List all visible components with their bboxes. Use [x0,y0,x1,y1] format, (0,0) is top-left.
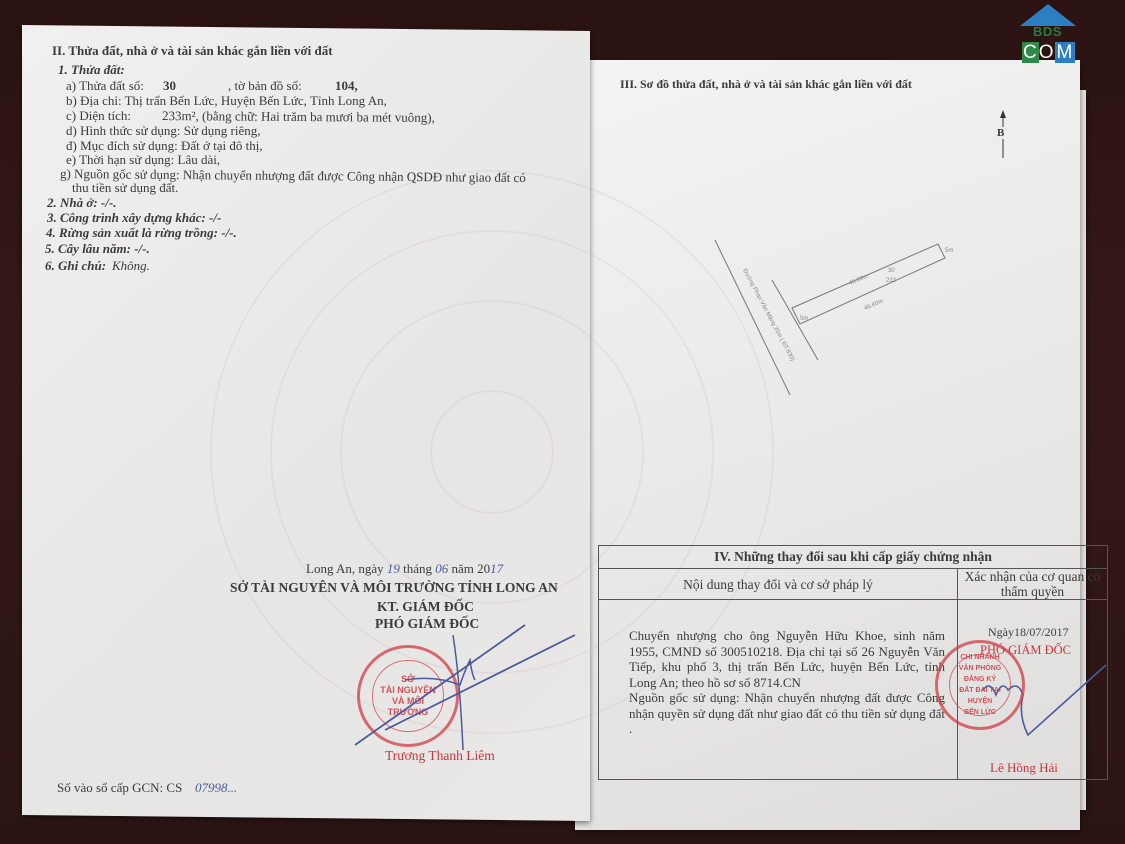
date-prefix: Long An, ngày [306,561,384,576]
confirm-signer: Lê Hồng Hải [990,760,1058,776]
registry-number: 07998... [195,780,237,796]
registry-label: Số vào sổ cấp GCN: CS [57,780,182,796]
house-roof-icon [1020,4,1076,26]
map-sheet-label: , tờ bản đồ số: [228,78,302,94]
stamp-line: ĐẤT ĐAI TẠI HUYỆN [950,685,1010,707]
stamp-line: CHI NHÁNH [960,652,999,663]
year-label: năm 20 [452,561,491,576]
issue-year-suffix: 17 [490,561,503,576]
official-stamp-left: SỞ TÀI NGUYÊN VÀ MÔI TRƯỜNG [357,645,459,747]
col-header-confirm: Xác nhận của cơ quan có thẩm quyền [958,569,1108,600]
stamp-line: BẾN LỨC [964,707,996,718]
house-item: 2. Nhà ở: -/-. [47,195,116,211]
kt-director: KT. GIÁM ĐỐC [377,599,474,615]
parcel-sketch: Đường Phan Văn Mảng 20m ( ĐT.830) 46.60m… [690,230,980,400]
left-edge-length: 5m [800,316,808,322]
note-value: Không. [112,258,150,274]
north-label: B [997,127,1004,139]
road-label: Đường Phan Văn Mảng 20m ( ĐT.830) [741,268,795,362]
stamp-line: VÀ MÔI TRƯỜNG [373,696,442,718]
change-content-cell: Chuyển nhượng cho ông Nguyễn Hữu Khoe, s… [599,600,958,780]
issuing-authority: SỞ TÀI NGUYÊN VÀ MÔI TRƯỜNG TỈNH LONG AN [230,580,558,596]
site-logo: BDS COM [1018,2,1080,64]
section-iii-title: III. Sơ đồ thửa đất, nhà ở và tài sản kh… [620,77,912,92]
issue-date-line: Long An, ngày 19 tháng 06 năm 2017 [306,561,503,577]
top-edge-length: 46.60m [848,273,869,286]
bottom-edge-length: 46.60m [863,298,884,311]
confirm-date: Ngày18/07/2017 [988,625,1069,640]
stamp-line: VĂN PHÒNG ĐĂNG KÝ [950,663,1010,685]
sketch-parcel-number: 30 [888,268,895,274]
address-line: b) Địa chỉ: Thị trấn Bến Lức, Huyện Bến … [66,93,387,109]
changes-table: IV. Những thay đổi sau khi cấp giấy chứn… [598,545,1108,780]
origin-text: Nguồn gốc sử dụng: Nhận chuyển nhượng đấ… [629,690,945,737]
sketch-area: 233 [886,278,897,284]
parcel-number-value: 30 [163,78,176,94]
confirm-date-value: 18/07/2017 [1014,625,1069,639]
issue-month: 06 [435,561,448,576]
official-stamp-right: CHI NHÁNH VĂN PHÒNG ĐĂNG KÝ ĐẤT ĐAI TẠI … [935,640,1025,730]
logo-text-bottom: COM [1022,42,1075,64]
deputy-director-title: PHÓ GIÁM ĐỐC [375,616,479,632]
plantation-forest-item: 4. Rừng sản xuất là rừng trồng: -/-. [46,225,237,241]
section-ii-title: II. Thửa đất, nhà ở và tài sản khác gắn … [52,43,333,59]
signer-name-left: Trương Thanh Liêm [385,748,495,764]
map-sheet-value: 104, [335,78,358,94]
perennial-trees-item: 5. Cây lâu năm: -/-. [45,241,150,257]
area-label: c) Diện tích: [66,108,131,124]
right-edge-length: 5m [945,248,953,254]
parcel-number-label: a) Thửa đất số: [66,78,144,94]
usage-form: d) Hình thức sử dụng: Sử dụng riêng, [66,123,260,139]
note-label: 6. Ghi chú: [45,258,106,274]
transfer-text: Chuyển nhượng cho ông Nguyễn Hữu Khoe, s… [629,628,945,690]
stamp-line: SỞ [401,674,415,685]
confirm-date-label: Ngày [988,625,1014,639]
other-construction-item: 3. Công trình xây dựng khác: -/- [47,210,221,226]
usage-origin-line2: thu tiền sử dụng đất. [72,180,178,196]
land-heading: 1. Thửa đất: [58,62,125,78]
issue-day: 19 [387,561,400,576]
stamp-line: TÀI NGUYÊN [380,685,436,696]
logo-text-top: BDS [1033,24,1062,39]
month-label: tháng [403,561,432,576]
col-header-content: Nội dung thay đổi và cơ sở pháp lý [599,569,958,600]
changes-title: IV. Những thay đổi sau khi cấp giấy chứn… [599,546,1108,569]
